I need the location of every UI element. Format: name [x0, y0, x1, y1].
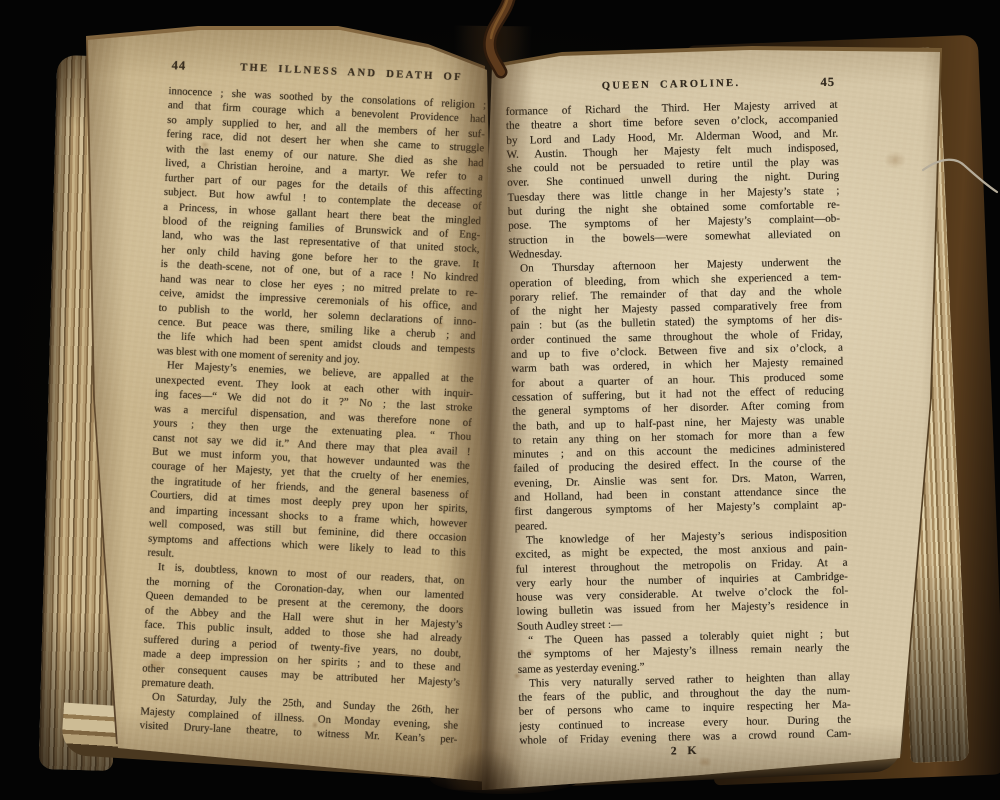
bookmark-ribbon-icon	[452, 0, 542, 83]
book-page-right: QUEEN CAROLINE. 45 formance of Richard t…	[475, 40, 955, 792]
running-header-right: QUEEN CAROLINE.	[505, 76, 837, 94]
page-number-left: 44	[171, 58, 186, 74]
right-page-lines: formance of Richard the Third. Her Majes…	[506, 98, 852, 748]
running-header-row-left: 44 THE ILLNESS AND DEATH OF	[169, 58, 487, 87]
page-number-right: 45	[820, 75, 835, 90]
left-page-lines: innocence ; she was soothed by the conso…	[139, 84, 486, 747]
left-page-text-block: 44 THE ILLNESS AND DEATH OF innocence ; …	[139, 58, 487, 747]
book-page-left: 44 THE ILLNESS AND DEATH OF innocence ; …	[85, 25, 500, 785]
running-header-left: THE ILLNESS AND DEATH OF	[219, 61, 483, 84]
right-page-text-block: QUEEN CAROLINE. 45 formance of Richard t…	[505, 75, 852, 763]
open-book-photo: 44 THE ILLNESS AND DEATH OF innocence ; …	[0, 0, 1000, 800]
running-header-row-right: QUEEN CAROLINE. 45	[505, 75, 837, 97]
loose-thread-icon	[905, 148, 1000, 208]
